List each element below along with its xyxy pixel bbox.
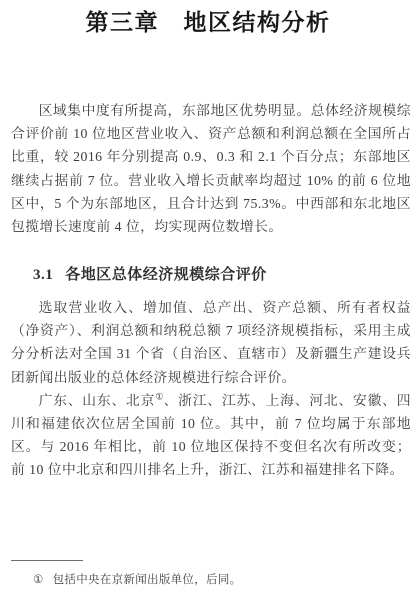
footnote-separator	[11, 560, 83, 561]
paragraph-1: 区域集中度有所提高，东部地区优势明显。总体经济规模综合评价前 10 位地区营业收…	[11, 99, 411, 238]
footnote-marker: ①	[33, 573, 44, 588]
section-number: 3.1	[33, 267, 53, 284]
footnote: ① 包括中央在京新闻出版单位，后同。	[33, 573, 241, 588]
section-heading: 3.1 各地区总体经济规模综合评价	[33, 263, 267, 284]
paragraph-3: 广东、山东、北京①、浙江、江苏、上海、河北、安徽、四川和福建依次位居全国前 10…	[11, 389, 411, 482]
body-text-block: 选取营业收入、增加值、总产出、资产总额、所有者权益（净资产）、利润总额和纳税总额…	[11, 296, 411, 482]
chapter-title: 第三章 地区结构分析	[0, 4, 416, 37]
paragraph-3-text-before: 广东、山东、北京	[39, 393, 156, 408]
footnote-ref-marker: ①	[155, 391, 163, 401]
document-page: 第三章 地区结构分析 区域集中度有所提高，东部地区优势明显。总体经济规模综合评价…	[0, 0, 416, 595]
footnote-text: 包括中央在京新闻出版单位，后同。	[53, 573, 242, 588]
paragraph-2: 选取营业收入、增加值、总产出、资产总额、所有者权益（净资产）、利润总额和纳税总额…	[11, 296, 411, 389]
section-title: 各地区总体经济规模综合评价	[65, 263, 267, 284]
